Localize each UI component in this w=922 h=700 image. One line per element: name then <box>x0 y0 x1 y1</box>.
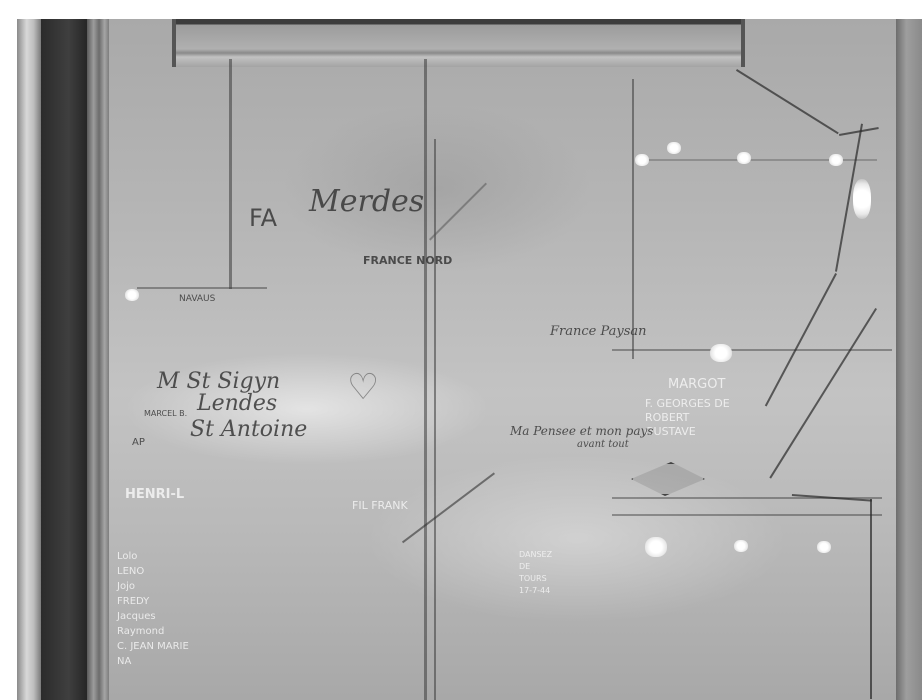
scratch <box>429 183 487 241</box>
inscription-marcel: MARCEL B. <box>144 409 187 418</box>
crack <box>736 69 839 134</box>
name-entry: F. GEORGES DE <box>645 397 730 411</box>
name-entry: C. JEAN MARIE <box>117 639 189 654</box>
bullet-hole <box>817 541 831 553</box>
bullet-hole <box>737 152 751 164</box>
bullet-hole <box>125 289 139 301</box>
name-entry: LENO <box>117 564 189 579</box>
dance-text: DANSEZ DE TOURS 17-7-44 <box>519 549 552 597</box>
text-line: DANSEZ <box>519 549 552 561</box>
inscription-phrase-2: avant tout <box>577 439 629 450</box>
vertical-seam <box>229 59 232 289</box>
dark-door-frame <box>41 19 87 700</box>
door-moulding <box>87 19 109 700</box>
name-entry: Raymond <box>117 624 189 639</box>
window-lintel <box>172 19 745 67</box>
inscription-france-paysan: France Paysan <box>550 324 647 339</box>
vertical-seam <box>434 139 436 700</box>
text-line: 17-7-44 <box>519 585 552 597</box>
wall-photo: ♡ FA Merdes FRANCE NORD NAVAUS France Pa… <box>17 19 922 700</box>
vertical-seam <box>632 79 634 359</box>
text-line: DE <box>519 561 552 573</box>
diamond-plaque <box>628 462 708 496</box>
name-entry: FREDY <box>117 594 189 609</box>
crack <box>769 308 877 479</box>
inscription-france-nord: FRANCE NORD <box>363 254 452 267</box>
inscription-merdes: Merdes <box>309 184 424 219</box>
bullet-hole <box>710 344 732 362</box>
scratch-line <box>137 287 267 289</box>
inscription-lendes: Lendes <box>197 391 277 416</box>
bullet-hole <box>734 540 748 552</box>
right-block-names: F. GEORGES DE ROBERT GUSTAVE <box>645 397 730 439</box>
name-entry: NA <box>117 654 189 669</box>
inscription-fil-frank: FIL FRANK <box>352 499 408 512</box>
name-entry: GUSTAVE <box>645 425 730 439</box>
vertical-seam <box>424 59 427 700</box>
carved-heart: ♡ <box>347 367 379 408</box>
name-entry: Jojo <box>117 579 189 594</box>
text-line: TOURS <box>519 573 552 585</box>
bullet-hole <box>667 142 681 154</box>
name-entry: Lolo <box>117 549 189 564</box>
inscription-henri: HENRI-L <box>125 487 184 502</box>
crack <box>870 499 872 699</box>
bullet-hole <box>645 537 667 557</box>
bullet-hole <box>829 154 843 166</box>
scratch <box>402 472 495 543</box>
left-door-post <box>17 19 41 700</box>
bullet-hole <box>635 154 649 166</box>
names-list: Lolo LENO Jojo FREDY Jacques Raymond C. … <box>117 549 189 669</box>
photograph: ♡ FA Merdes FRANCE NORD NAVAUS France Pa… <box>0 0 922 700</box>
inscription-phrase: Ma Pensee et mon pays <box>510 424 653 438</box>
inscription-margot: MARGOT <box>668 377 725 392</box>
panel-line <box>612 514 882 516</box>
plaster-chip <box>853 179 871 219</box>
inscription-st-antoine: St Antoine <box>190 417 307 442</box>
inscription-navaus: NAVAUS <box>179 294 215 304</box>
right-door-post <box>896 19 922 700</box>
inscription-fa: FA <box>249 204 277 232</box>
name-entry: ROBERT <box>645 411 730 425</box>
inscription-ap: AP <box>132 437 145 448</box>
name-entry: Jacques <box>117 609 189 624</box>
